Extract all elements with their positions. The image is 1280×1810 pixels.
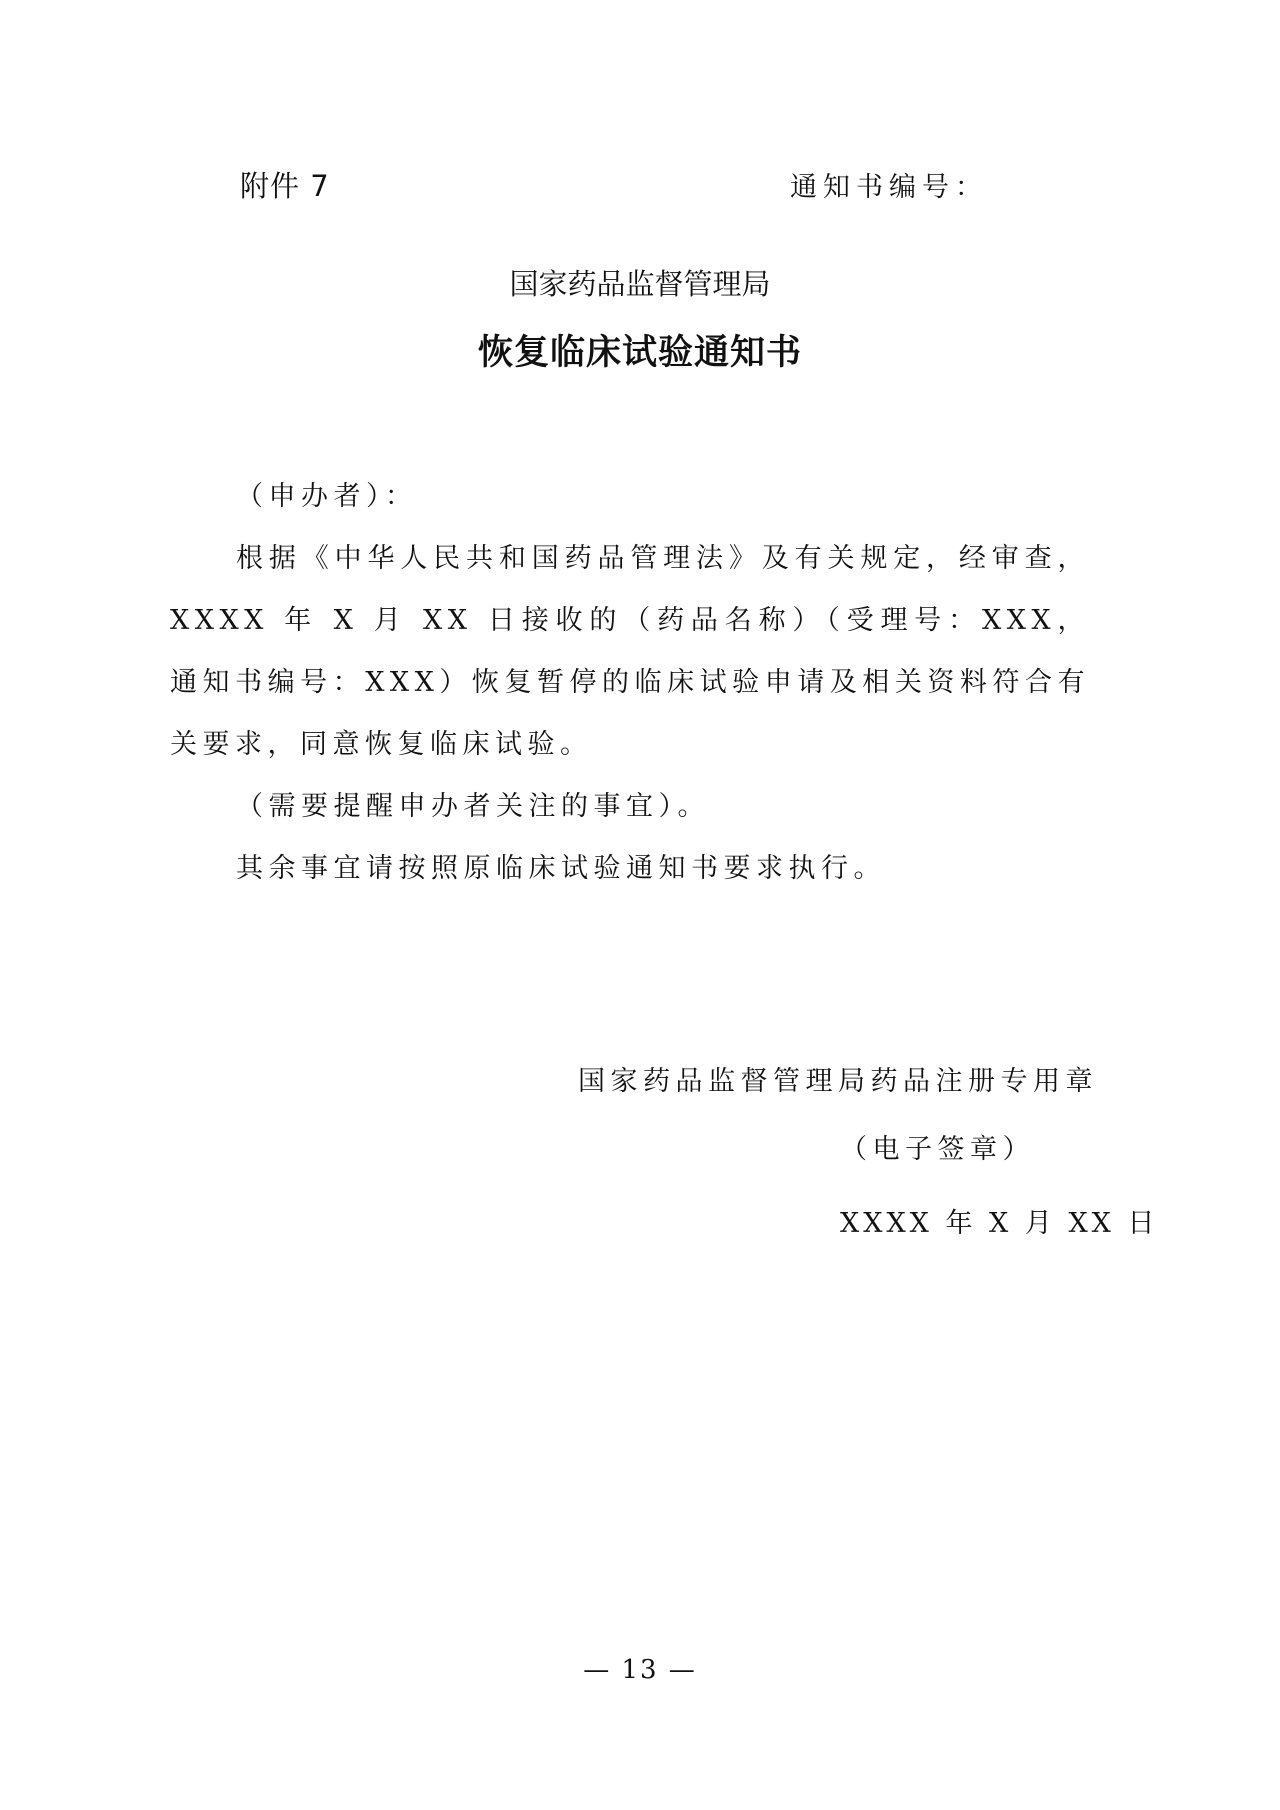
page-number: — 13 —	[0, 1652, 1280, 1688]
electronic-signature: （电子签章）	[840, 1130, 1035, 1170]
document-page: 附件 7 通知书编号： 国家药品监督管理局 恢复临床试验通知书 （申办者）： 根…	[0, 0, 1280, 1810]
agency-title: 国家药品监督管理局	[0, 264, 1280, 304]
body-paragraph-other-matters: 其余事宜请按照原临床试验通知书要求执行。	[170, 838, 1090, 900]
notice-body: （申办者）： 根据《中华人民共和国药品管理法》及有关规定，经审查，XXXX 年 …	[170, 466, 1090, 900]
notice-number-label: 通知书编号：	[790, 170, 988, 206]
body-paragraph-reminder: （需要提醒申办者关注的事宜）。	[170, 776, 1090, 838]
addressee: （申办者）：	[170, 466, 1090, 528]
document-title: 恢复临床试验通知书	[0, 330, 1280, 376]
issue-date: XXXX 年 X 月 XX 日	[840, 1204, 1158, 1244]
body-paragraph-approval: 根据《中华人民共和国药品管理法》及有关规定，经审查，XXXX 年 X 月 XX …	[170, 528, 1090, 776]
attachment-label: 附件 7	[240, 168, 330, 204]
registration-seal: 国家药品监督管理局药品注册专用章	[578, 1062, 1098, 1102]
